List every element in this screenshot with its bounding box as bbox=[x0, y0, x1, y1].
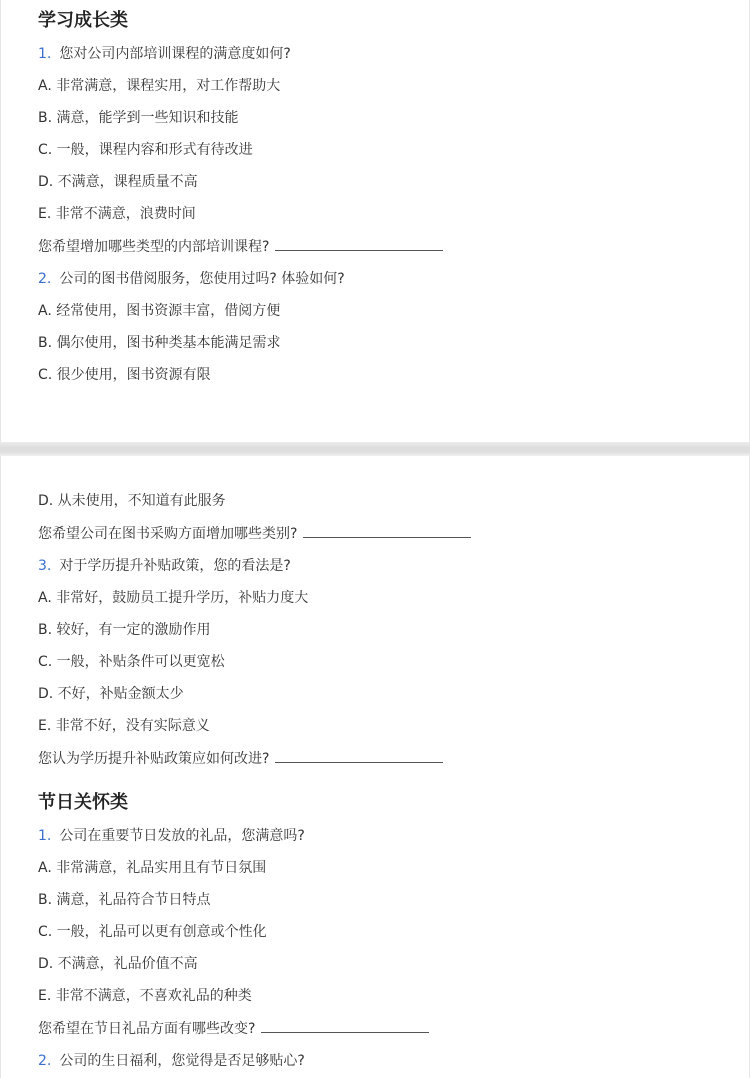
section-title-learning: 学习成长类 bbox=[38, 9, 128, 33]
question-3: 3.对于学历提升补贴政策，您的看法是? bbox=[38, 556, 291, 576]
option-e: E. 非常不好，没有实际意义 bbox=[38, 716, 210, 736]
question-text: 公司的生日福利，您觉得是否足够贴心? bbox=[59, 1053, 304, 1069]
option-b: B. 较好，有一定的激励作用 bbox=[38, 620, 211, 640]
option-c: C. 很少使用，图书资源有限 bbox=[38, 365, 211, 385]
question-1: 1.您对公司内部培训课程的满意度如何? bbox=[38, 44, 291, 64]
answer-blank[interactable] bbox=[275, 238, 443, 251]
option-e: E. 非常不满意，不喜欢礼品的种类 bbox=[38, 986, 252, 1006]
option-d: D. 从未使用，不知道有此服务 bbox=[38, 491, 226, 511]
answer-blank[interactable] bbox=[303, 525, 471, 538]
option-c: C. 一般，课程内容和形式有待改进 bbox=[38, 140, 253, 160]
option-b: B. 满意，礼品符合节日特点 bbox=[38, 890, 211, 910]
option-d: D. 不满意，礼品价值不高 bbox=[38, 954, 198, 974]
option-a: A. 非常满意，礼品实用且有节日氛围 bbox=[38, 858, 266, 878]
answer-blank[interactable] bbox=[275, 750, 443, 763]
followup-text: 您希望增加哪些类型的内部培训课程? bbox=[38, 239, 269, 255]
question-2: 2.公司的图书借阅服务，您使用过吗? 体验如何? bbox=[38, 269, 345, 289]
option-b: B. 偶尔使用，图书种类基本能满足需求 bbox=[38, 333, 281, 353]
document-page-1: 学习成长类 1.您对公司内部培训课程的满意度如何? A. 非常满意，课程实用，对… bbox=[0, 0, 750, 442]
followup-question: 您希望公司在图书采购方面增加哪些类别? bbox=[38, 524, 471, 544]
option-c: C. 一般，礼品可以更有创意或个性化 bbox=[38, 922, 267, 942]
document-page-2: D. 从未使用，不知道有此服务 您希望公司在图书采购方面增加哪些类别? 3.对于… bbox=[0, 456, 750, 1078]
question-number: 2. bbox=[38, 271, 51, 287]
question-number: 1. bbox=[38, 828, 51, 844]
option-d: D. 不好，补贴金额太少 bbox=[38, 684, 184, 704]
question-text: 您对公司内部培训课程的满意度如何? bbox=[59, 46, 290, 62]
question-text: 公司的图书借阅服务，您使用过吗? 体验如何? bbox=[59, 271, 344, 287]
followup-question: 您认为学历提升补贴政策应如何改进? bbox=[38, 749, 443, 769]
option-a: A. 经常使用，图书资源丰富，借阅方便 bbox=[38, 301, 280, 321]
answer-blank[interactable] bbox=[261, 1020, 429, 1033]
option-a: A. 非常好，鼓励员工提升学历，补贴力度大 bbox=[38, 588, 308, 608]
option-a: A. 非常满意，课程实用，对工作帮助大 bbox=[38, 76, 280, 96]
followup-question: 您希望增加哪些类型的内部培训课程? bbox=[38, 237, 443, 257]
option-e: E. 非常不满意，浪费时间 bbox=[38, 204, 196, 224]
option-d: D. 不满意，课程质量不高 bbox=[38, 172, 198, 192]
followup-text: 您认为学历提升补贴政策应如何改进? bbox=[38, 751, 269, 767]
question-number: 2. bbox=[38, 1053, 51, 1069]
question-1: 1.公司在重要节日发放的礼品，您满意吗? bbox=[38, 826, 305, 846]
question-number: 1. bbox=[38, 46, 51, 62]
followup-text: 您希望在节日礼品方面有哪些改变? bbox=[38, 1021, 255, 1037]
question-text: 公司在重要节日发放的礼品，您满意吗? bbox=[59, 828, 304, 844]
question-number: 3. bbox=[38, 558, 51, 574]
option-b: B. 满意，能学到一些知识和技能 bbox=[38, 108, 239, 128]
option-c: C. 一般，补贴条件可以更宽松 bbox=[38, 652, 225, 672]
followup-text: 您希望公司在图书采购方面增加哪些类别? bbox=[38, 526, 297, 542]
page-separator bbox=[0, 442, 750, 456]
question-2: 2.公司的生日福利，您觉得是否足够贴心? bbox=[38, 1051, 305, 1071]
question-text: 对于学历提升补贴政策，您的看法是? bbox=[59, 558, 290, 574]
followup-question: 您希望在节日礼品方面有哪些改变? bbox=[38, 1019, 429, 1039]
section-title-holiday: 节日关怀类 bbox=[38, 791, 128, 815]
